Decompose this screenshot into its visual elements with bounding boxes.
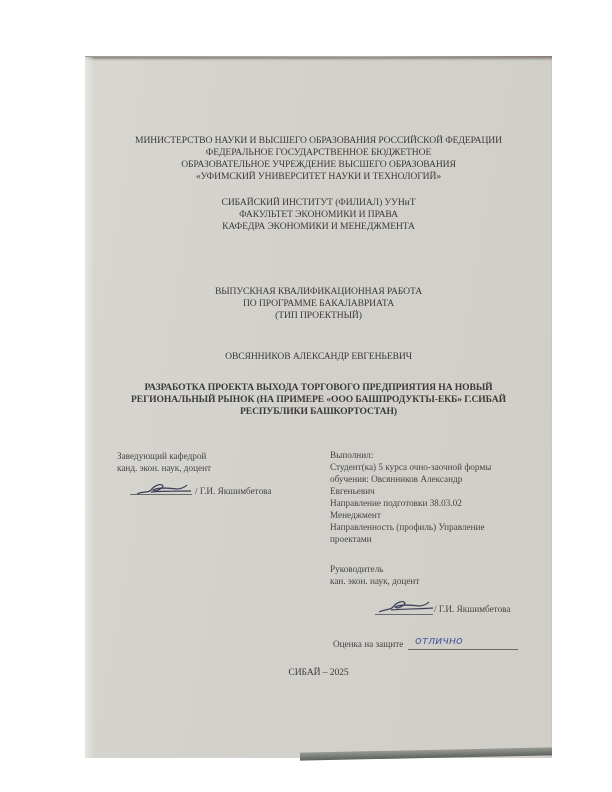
head-role: Заведующий кафедрой bbox=[117, 451, 206, 462]
supervisor-signature-icon bbox=[377, 598, 437, 614]
supervisor-degree: кан. экон. наук, доцент bbox=[330, 576, 419, 587]
department-line: КАФЕДРА ЭКОНОМИКИ И МЕНЕДЖМЕНТА bbox=[85, 221, 552, 233]
city-year: СИБАЙ – 2025 bbox=[85, 667, 552, 679]
work-type-line-3: (ТИП ПРОЕКТНЫЙ) bbox=[85, 310, 552, 322]
header-line-4: «УФИМСКИЙ УНИВЕРСИТЕТ НАУКИ И ТЕХНОЛОГИЙ… bbox=[85, 171, 552, 183]
thesis-title-line-3: РЕСПУБЛИКИ БАШКОРТОСТАН) bbox=[85, 406, 552, 418]
supervisor-signature-name: / Г.И. Якшимбетова bbox=[434, 604, 510, 615]
author-name: ОВСЯННИКОВ АЛЕКСАНДР ЕВГЕНЬЕВИЧ bbox=[85, 351, 552, 363]
performed-by-label: Выполнил: bbox=[330, 450, 373, 461]
header-line-1: МИНИСТЕРСТВО НАУКИ И ВЫСШЕГО ОБРАЗОВАНИЯ… bbox=[85, 135, 552, 147]
head-signature-name: / Г.И. Якшимбетова bbox=[195, 486, 271, 497]
direction-line: Направление подготовки 38.03.02 bbox=[330, 498, 462, 509]
student-line-1: Студент(ка) 5 курса очно-заочной формы bbox=[330, 462, 491, 473]
supervisor-signature-line bbox=[375, 614, 433, 615]
institute-line-1: СИБАЙСКИЙ ИНСТИТУТ (ФИЛИАЛ) УУНиТ bbox=[85, 197, 552, 209]
title-page: МИНИСТЕРСТВО НАУКИ И ВЫСШЕГО ОБРАЗОВАНИЯ… bbox=[85, 57, 552, 758]
thesis-title-line-2: РЕГИОНАЛЬНЫЙ РЫНОК (НА ПРИМЕРЕ «ООО БАШП… bbox=[85, 394, 552, 406]
student-line-2: обучения: Овсянников Александр bbox=[330, 474, 462, 485]
profile-line: Направленность (профиль) Управление bbox=[330, 522, 485, 533]
work-type-line-2: ПО ПРОГРАММЕ БАКАЛАВРИАТА bbox=[85, 298, 552, 310]
grade-value: отлично bbox=[415, 635, 463, 646]
faculty-line: ФАКУЛЬТЕТ ЭКОНОМИКИ И ПРАВА bbox=[85, 209, 552, 221]
grade-label: Оценка на защите bbox=[333, 639, 403, 650]
head-signature-icon bbox=[135, 481, 195, 497]
header-line-2: ФЕДЕРАЛЬНОЕ ГОСУДАРСТВЕННОЕ БЮДЖЕТНОЕ bbox=[85, 147, 552, 159]
direction-name-line: Менеджмент bbox=[330, 510, 381, 521]
header-line-3: ОБРАЗОВАТЕЛЬНОЕ УЧРЕЖДЕНИЕ ВЫСШЕГО ОБРАЗ… bbox=[85, 159, 552, 171]
work-type-line-1: ВЫПУСКНАЯ КВАЛИФИКАЦИОННАЯ РАБОТА bbox=[85, 286, 552, 298]
student-line-3: Евгеньевич bbox=[330, 486, 375, 497]
head-degree: канд. экон. наук, доцент bbox=[117, 463, 211, 474]
profile-name-line: проектами bbox=[330, 534, 372, 545]
grade-line bbox=[408, 649, 518, 650]
supervisor-role: Руководитель bbox=[330, 564, 383, 575]
thesis-title-line-1: РАЗРАБОТКА ПРОЕКТА ВЫХОДА ТОРГОВОГО ПРЕД… bbox=[85, 382, 552, 394]
